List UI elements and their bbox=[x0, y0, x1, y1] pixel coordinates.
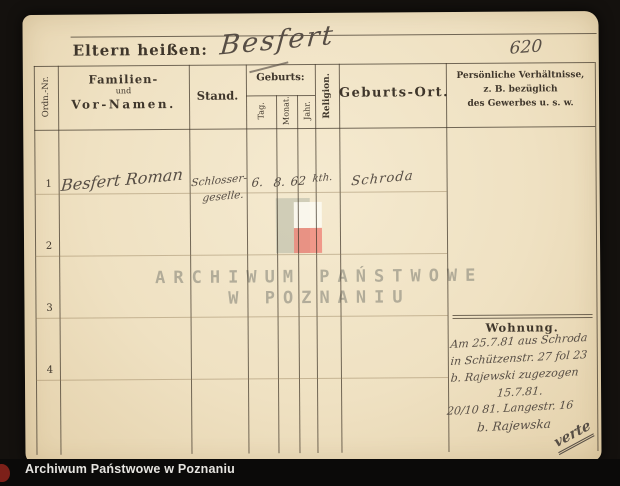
col-header-ordinal: Ordn.-Nr. bbox=[41, 72, 51, 122]
entry-birth-year: 62 bbox=[290, 173, 307, 188]
entry-birth-day: 6. bbox=[251, 175, 264, 190]
verte-note: verte bbox=[552, 417, 594, 455]
grid-line bbox=[58, 66, 62, 455]
row-number: 3 bbox=[38, 303, 60, 314]
parents-label: Eltern heißen: bbox=[73, 41, 208, 60]
grid-line bbox=[315, 64, 319, 453]
col-header-personal-l2: z. B. bezüglich bbox=[446, 84, 595, 95]
col-header-birth: Geburts: bbox=[246, 72, 315, 83]
caption-text: Archiwum Państwowe w Poznaniu bbox=[25, 462, 235, 476]
entry-name: Besfert Roman bbox=[60, 165, 184, 195]
entry-stand-l1: Schlosser- bbox=[191, 172, 248, 189]
grid-line bbox=[595, 62, 599, 451]
col-header-personal-l3: des Gewerbes u. s. w. bbox=[446, 98, 595, 109]
col-header-stand: Stand. bbox=[189, 88, 246, 102]
col-header-personal-l1: Persönliche Verhältnisse, bbox=[446, 70, 595, 81]
col-header-name-l1: Familien- bbox=[58, 72, 189, 87]
family-name-handwritten: Besfert bbox=[219, 20, 336, 62]
grid-line bbox=[189, 65, 193, 454]
wohnung-note-line5: 20/10 81. Langestr. 16 bbox=[446, 398, 574, 417]
grid-line bbox=[246, 64, 250, 453]
row-number: 2 bbox=[38, 241, 60, 252]
archive-watermark: ARCHIWUM PAŃSTWOWE W POZNANIU bbox=[94, 265, 544, 310]
wohnung-rule bbox=[453, 317, 593, 319]
col-header-birthplace: Geburts-Ort. bbox=[339, 85, 446, 101]
entry-birthplace: Schroda bbox=[351, 169, 415, 190]
caption-bar: Archiwum Państwowe w Poznaniu bbox=[0, 459, 620, 486]
grid-line bbox=[34, 66, 38, 455]
col-header-name-l2: und bbox=[58, 86, 189, 96]
watermark-line1: ARCHIWUM PAŃSTWOWE bbox=[94, 265, 544, 289]
row-guide-line bbox=[36, 377, 448, 381]
wohnung-note-line4: 15.7.81. bbox=[496, 384, 543, 399]
entry-religion: kth. bbox=[312, 172, 333, 185]
wohnung-rule bbox=[453, 314, 593, 316]
archive-red-mark bbox=[0, 464, 10, 482]
watermark-line2: W POZNANIU bbox=[94, 286, 544, 310]
row-number: 1 bbox=[38, 179, 60, 190]
ink-flourish bbox=[249, 61, 288, 72]
col-header-name-l3: Vor-Namen. bbox=[58, 97, 189, 112]
col-header-birth-year: Jahr. bbox=[303, 95, 312, 125]
wohnung-note-line3: b. Rajewski zugezogen bbox=[450, 365, 579, 384]
grid-line bbox=[339, 64, 343, 453]
scanned-record-view: Eltern heißen: Besfert 620 ARCHIWUM PAŃS… bbox=[0, 0, 620, 486]
row-guide-line bbox=[36, 315, 448, 319]
col-header-birth-day: Tag. bbox=[257, 96, 266, 126]
row-number: 4 bbox=[39, 365, 61, 376]
col-header-religion: Religion. bbox=[322, 71, 332, 121]
record-card: Eltern heißen: Besfert 620 ARCHIWUM PAŃS… bbox=[22, 11, 601, 465]
grid-line bbox=[446, 63, 450, 452]
wohnung-note-line6: b. Rajewska bbox=[477, 417, 552, 435]
entry-birth-month: 8. bbox=[273, 175, 286, 190]
entry-stand-l2: geselle. bbox=[202, 189, 244, 205]
col-header-birth-month: Monat. bbox=[282, 96, 291, 126]
stamp-number: 620 bbox=[509, 36, 542, 58]
row-guide-line bbox=[35, 253, 447, 257]
